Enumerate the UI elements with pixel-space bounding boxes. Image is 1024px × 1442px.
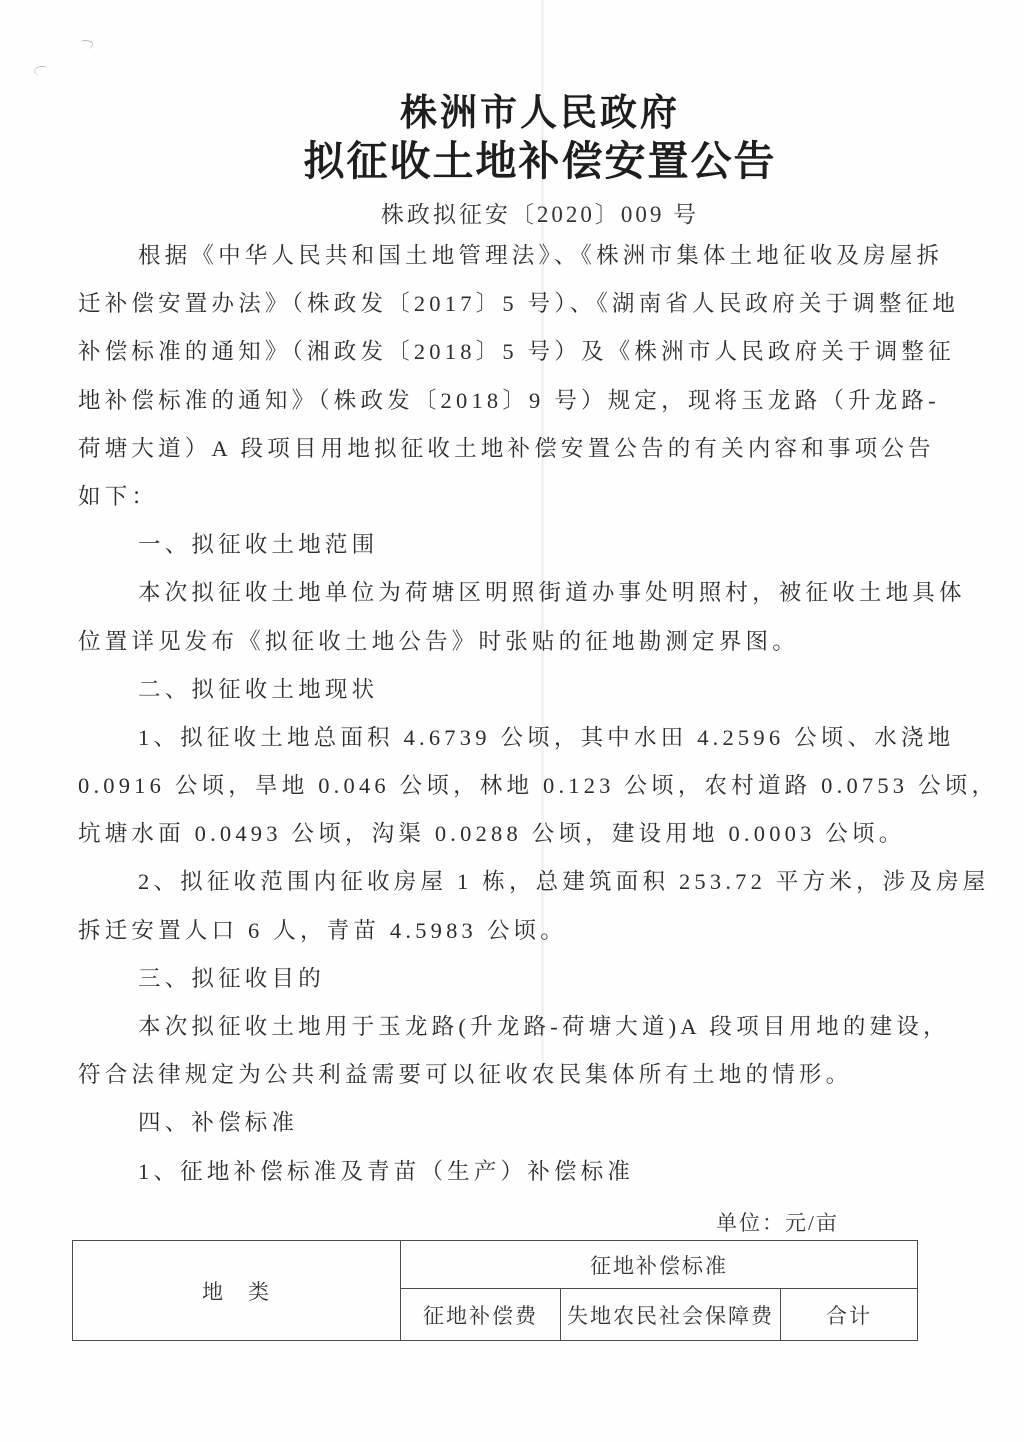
body-line: 1、拟征收土地总面积 4.6739 公顷，其中水田 4.2596 公顷、水浇地 xyxy=(78,714,970,762)
table-header-land-compensation-fee: 征地补偿费 xyxy=(401,1289,561,1341)
body-line: 位置详见发布《拟征收土地公告》时张贴的征地勘测定界图。 xyxy=(78,618,970,666)
table-header-land-type: 地 类 xyxy=(73,1241,401,1341)
compensation-standard-table: 地 类 征地补偿标准 征地补偿费 失地农民社会保障费 合计 xyxy=(72,1240,918,1341)
document-body: 根据《中华人民共和国土地管理法》、《株洲市集体土地征收及房屋拆 迁补偿安置办法》… xyxy=(78,232,970,1196)
document-number: 株政拟征安〔2020〕009 号 xyxy=(28,196,1024,229)
body-line: 本次拟征收土地单位为荷塘区明照街道办事处明照村，被征收土地具体 xyxy=(78,569,970,617)
body-line: 荷塘大道）A 段项目用地拟征收土地补偿安置公告的有关内容和事项公告 xyxy=(78,425,970,473)
document-title-main: 拟征收土地补偿安置公告 xyxy=(28,128,1024,187)
subsection-heading: 1、征地补偿标准及青苗（生产）补偿标准 xyxy=(78,1148,970,1196)
stray-pencil-mark xyxy=(33,65,48,76)
section-heading-3: 三、拟征收目的 xyxy=(78,955,970,1003)
body-line: 迁补偿安置办法》（株政发〔2017〕5 号）、《湖南省人民政府关于调整征地 xyxy=(78,280,970,328)
body-line: 2、拟征收范围内征收房屋 1 栋，总建筑面积 253.72 平方米，涉及房屋 xyxy=(78,858,970,906)
table-header-compensation-group: 征地补偿标准 xyxy=(401,1241,918,1289)
section-heading-4: 四、补偿标准 xyxy=(78,1099,970,1147)
body-line: 如下： xyxy=(78,473,970,521)
body-line: 坑塘水面 0.0493 公顷，沟渠 0.0288 公顷，建设用地 0.0003 … xyxy=(78,810,970,858)
stray-pencil-mark xyxy=(79,39,94,50)
table-header-total: 合计 xyxy=(781,1289,918,1341)
section-heading-2: 二、拟征收土地现状 xyxy=(78,666,970,714)
body-line: 0.0916 公顷，旱地 0.046 公顷，林地 0.123 公顷，农村道路 0… xyxy=(78,762,970,810)
body-line: 本次拟征收土地用于玉龙路(升龙路-荷塘大道)A 段项目用地的建设， xyxy=(78,1003,970,1051)
body-line: 拆迁安置人口 6 人，青苗 4.5983 公顷。 xyxy=(78,907,970,955)
body-line: 根据《中华人民共和国土地管理法》、《株洲市集体土地征收及房屋拆 xyxy=(78,232,970,280)
body-line: 地补偿标准的通知》（株政发〔2018〕9 号）规定，现将玉龙路（升龙路- xyxy=(78,377,970,425)
table-unit-label: 单位：元/亩 xyxy=(716,1207,839,1237)
table-header-social-security-fee: 失地农民社会保障费 xyxy=(561,1289,781,1341)
section-heading-1: 一、拟征收土地范围 xyxy=(78,521,970,569)
scanned-document-page: 株洲市人民政府 拟征收土地补偿安置公告 株政拟征安〔2020〕009 号 根据《… xyxy=(0,0,1024,1442)
body-line: 符合法律规定为公共利益需要可以征收农民集体所有土地的情形。 xyxy=(78,1051,970,1099)
body-line: 补偿标准的通知》（湘政发〔2018〕5 号）及《株洲市人民政府关于调整征 xyxy=(78,328,970,376)
